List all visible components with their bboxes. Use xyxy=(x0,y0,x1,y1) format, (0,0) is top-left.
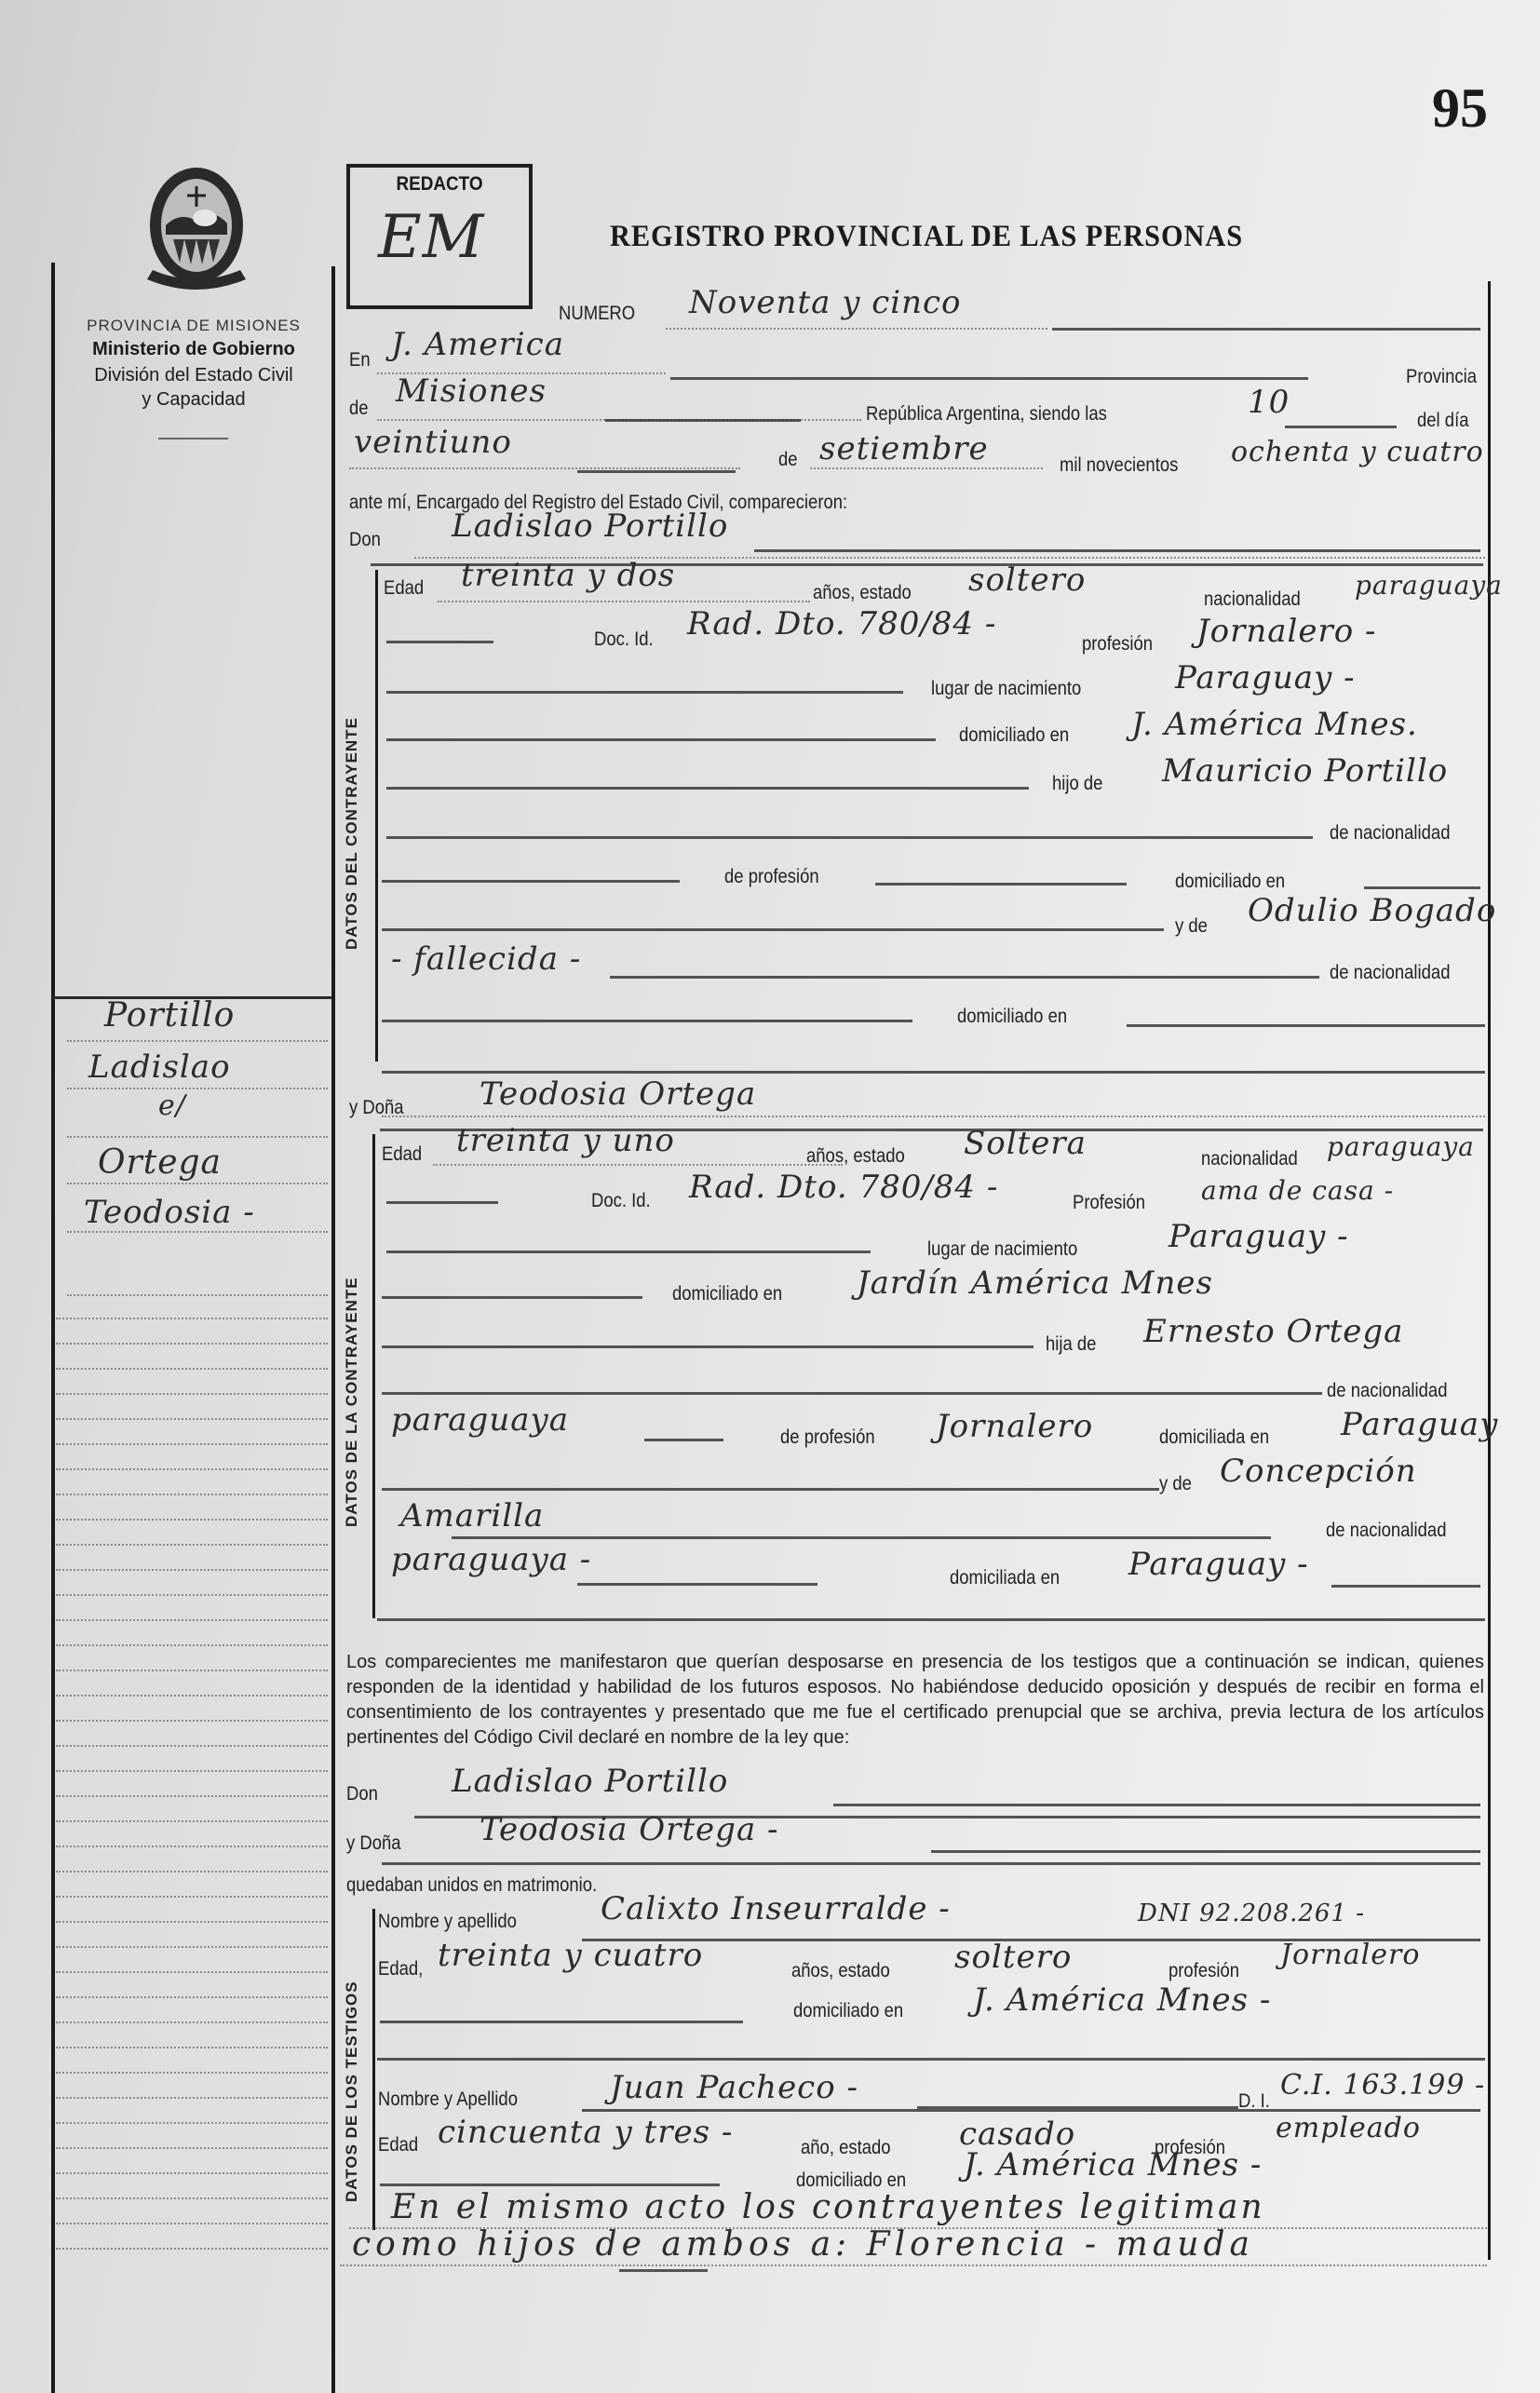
bride-section-border xyxy=(372,1134,375,1618)
groom-anios-label: años, estado xyxy=(813,582,912,604)
margin-note-surname-groom: Portillo xyxy=(104,996,235,1034)
groom-profesion-label: profesión xyxy=(1082,633,1153,656)
witness2-anios-label: año, estado xyxy=(801,2137,891,2159)
sidebar-division-line2: y Capacidad xyxy=(58,389,330,411)
witness2-profesion-value[interactable]: empleado xyxy=(1276,2112,1421,2144)
declaration-paragraph: Los comparecientes me manifestaron que q… xyxy=(346,1650,1484,1751)
margin-note-name-groom: Ladislao xyxy=(88,1048,231,1086)
witness2-doc-value[interactable]: C.I. 163.199 - xyxy=(1280,2069,1485,2102)
witnesses-section-label: DATOS DE LOS TESTIGOS xyxy=(343,1981,361,2202)
registry-title: REGISTRO PROVINCIAL DE LAS PERSONAS xyxy=(610,220,1243,254)
witness1-profesion-value[interactable]: Jornalero xyxy=(1280,1939,1420,1971)
groom-lugar-label: lugar de nacimiento xyxy=(931,678,1081,700)
bride-domicilio-label: domiciliado en xyxy=(672,1283,782,1305)
witness1-estado-value[interactable]: soltero xyxy=(954,1939,1072,1976)
bride-y-de-label: y de xyxy=(1159,1473,1192,1495)
numero-label: NUMERO xyxy=(559,303,635,325)
groom-nacionalidad-value[interactable]: paraguaya xyxy=(1355,570,1503,601)
groom-father-nacionalidad-label: de nacionalidad xyxy=(1330,822,1450,845)
groom-y-de-label: y de xyxy=(1175,915,1208,938)
anio-value[interactable]: ochenta y cuatro xyxy=(1231,436,1484,468)
witnesses-section-border xyxy=(372,1909,375,2230)
bride-edad-label: Edad xyxy=(382,1143,422,1166)
provincia-label: Provincia xyxy=(1406,366,1477,388)
groom-doc-label: Doc. Id. xyxy=(594,629,654,651)
bride-father-profesion-label: de profesión xyxy=(780,1426,875,1449)
bride-mother-nacionalidad-label: de nacionalidad xyxy=(1326,1520,1446,1542)
witness2-domicilio-value[interactable]: J. América Mnes - xyxy=(964,2146,1262,2183)
groom-doc-value[interactable]: Rad. Dto. 780/84 - xyxy=(687,605,996,642)
bride-father-value[interactable]: Ernesto Ortega xyxy=(1143,1313,1403,1350)
groom-father-profesion-label: de profesión xyxy=(724,866,819,888)
witness1-nombre-value[interactable]: Calixto Inseurralde - xyxy=(601,1890,951,1927)
bride-nacionalidad-label: nacionalidad xyxy=(1201,1148,1298,1170)
decl-closing: quedaban unidos en matrimonio. xyxy=(346,1874,597,1897)
groom-father-domicilio-label: domiciliado en xyxy=(1175,871,1285,893)
bride-father-profesion[interactable]: Jornalero xyxy=(936,1408,1093,1445)
groom-father-value[interactable]: Mauricio Portillo xyxy=(1162,752,1448,790)
witness2-edad-label: Edad xyxy=(378,2134,418,2156)
margin-note-name-bride: Teodosia - xyxy=(84,1194,255,1231)
witness2-edad-value[interactable]: cincuenta y tres - xyxy=(438,2114,733,2151)
groom-mother-domicilio-label: domiciliado en xyxy=(957,1006,1067,1028)
witness1-doc-value[interactable]: DNI 92.208.261 - xyxy=(1138,1900,1365,1927)
bride-father-domicilio-label: domiciliada en xyxy=(1159,1426,1269,1449)
don-value[interactable]: Ladislao Portillo xyxy=(452,507,728,545)
margin-note-connector: e/ xyxy=(158,1089,186,1122)
bride-lugar-label: lugar de nacimiento xyxy=(927,1238,1077,1261)
dona-value[interactable]: Teodosia Ortega xyxy=(480,1075,756,1113)
sidebar-province: PROVINCIA DE MISIONES xyxy=(58,317,330,335)
bride-father-nacionalidad[interactable]: paraguaya xyxy=(391,1401,569,1439)
bride-domicilio-value[interactable]: Jardín América Mnes xyxy=(857,1264,1213,1302)
en-value[interactable]: J. America xyxy=(391,326,564,363)
de-mes-label: de xyxy=(778,449,798,471)
bride-father-domicilio[interactable]: Paraguay xyxy=(1341,1406,1498,1443)
de-value[interactable]: Misiones xyxy=(396,372,547,410)
sidebar-right-border xyxy=(331,266,335,2393)
don-label: Don xyxy=(349,529,381,551)
bride-nacionalidad-value[interactable]: paraguaya xyxy=(1327,1131,1475,1162)
bride-mother-value[interactable]: Concepción xyxy=(1220,1453,1417,1490)
groom-edad-value[interactable]: treinta y dos xyxy=(461,557,675,594)
groom-mother-nacionalidad-label: de nacionalidad xyxy=(1330,962,1450,984)
groom-section-label: DATOS DEL CONTRAYENTE xyxy=(343,717,361,950)
bride-lugar-value[interactable]: Paraguay - xyxy=(1169,1218,1349,1255)
witness1-domicilio-value[interactable]: J. América Mnes - xyxy=(973,1981,1271,2019)
decl-dona-label: y Doña xyxy=(346,1832,401,1855)
groom-section-border xyxy=(375,570,378,1061)
sidebar-divider xyxy=(158,438,228,439)
decl-dona-value[interactable]: Teodosia Ortega - xyxy=(480,1811,779,1848)
mes-value[interactable]: setiembre xyxy=(819,430,989,467)
groom-estado-value[interactable]: soltero xyxy=(968,561,1086,599)
bride-mother-nacionalidad[interactable]: paraguaya - xyxy=(391,1541,591,1578)
bride-father-nacionalidad-label: de nacionalidad xyxy=(1327,1380,1447,1402)
witness1-edad-label: Edad, xyxy=(378,1958,423,1981)
en-label: En xyxy=(349,349,371,372)
bride-mother-domicilio-label: domiciliada en xyxy=(950,1567,1060,1589)
bride-section-label: DATOS DE LA CONTRAYENTE xyxy=(343,1277,361,1527)
numero-value[interactable]: Noventa y cinco xyxy=(689,284,962,321)
sidebar-left-border xyxy=(51,263,55,2393)
bride-estado-value[interactable]: Soltera xyxy=(964,1125,1087,1162)
bride-mother-domicilio[interactable]: Paraguay - xyxy=(1128,1546,1309,1583)
groom-lugar-value[interactable]: Paraguay - xyxy=(1175,659,1356,696)
witness2-nombre-value[interactable]: Juan Pacheco - xyxy=(610,2069,858,2106)
sidebar-ministry: Ministerio de Gobierno xyxy=(58,339,330,360)
groom-mother-value[interactable]: Odulio Bogado xyxy=(1248,892,1496,929)
republica-label: República Argentina, siendo las xyxy=(866,403,1107,426)
bride-profesion-label: Profesión xyxy=(1073,1192,1145,1214)
groom-profesion-value[interactable]: Jornalero - xyxy=(1196,613,1377,650)
bride-profesion-value[interactable]: ama de casa - xyxy=(1201,1175,1394,1206)
groom-domicilio-value[interactable]: J. América Mnes. xyxy=(1131,706,1418,743)
witness1-domicilio-label: domiciliado en xyxy=(793,2000,903,2022)
dia-value[interactable]: veintiuno xyxy=(354,424,512,461)
bride-doc-value[interactable]: Rad. Dto. 780/84 - xyxy=(689,1169,998,1206)
hora-value[interactable]: 10 xyxy=(1248,384,1290,421)
margin-note-surname-bride: Ortega xyxy=(98,1143,222,1182)
annotation-line1[interactable]: En el mismo acto los contrayentes legiti… xyxy=(391,2188,1265,2226)
page-number: 95 xyxy=(1432,76,1488,141)
witness2-nombre-label: Nombre y Apellido xyxy=(378,2089,518,2111)
witness1-edad-value[interactable]: treinta y cuatro xyxy=(438,1937,703,1974)
groom-hijo-label: hijo de xyxy=(1052,773,1102,795)
de-label: de xyxy=(349,398,369,420)
witness1-profesion-label: profesión xyxy=(1169,1960,1239,1982)
sidebar-division-line1: División del Estado Civil xyxy=(54,365,333,386)
redacto-box: REDACTO EM xyxy=(346,164,533,309)
bride-hija-label: hija de xyxy=(1046,1333,1096,1356)
witness1-anios-label: años, estado xyxy=(791,1960,890,1982)
redacto-initials: EM xyxy=(378,203,484,272)
decl-don-value[interactable]: Ladislao Portillo xyxy=(452,1763,728,1800)
bride-edad-value[interactable]: treinta y uno xyxy=(456,1122,675,1159)
bride-anios-label: años, estado xyxy=(806,1145,905,1168)
witness1-nombre-label: Nombre y apellido xyxy=(378,1911,517,1933)
mil-novecientos-label: mil novecientos xyxy=(1060,454,1178,477)
annotation-line2[interactable]: como hijos de ambos a: Florencia - mauda xyxy=(352,2225,1254,2264)
groom-mother-note[interactable]: - fallecida - xyxy=(391,940,581,978)
del-dia-label: del día xyxy=(1417,410,1468,432)
bride-mother-value2[interactable]: Amarilla xyxy=(400,1497,544,1534)
provincial-coat-of-arms-icon xyxy=(138,160,255,295)
groom-edad-label: Edad xyxy=(384,577,424,600)
groom-domicilio-label: domiciliado en xyxy=(959,724,1069,747)
redacto-label: REDACTO xyxy=(359,173,520,196)
decl-don-label: Don xyxy=(346,1783,378,1805)
bride-doc-label: Doc. Id. xyxy=(591,1190,651,1212)
groom-nacionalidad-label: nacionalidad xyxy=(1204,588,1301,611)
